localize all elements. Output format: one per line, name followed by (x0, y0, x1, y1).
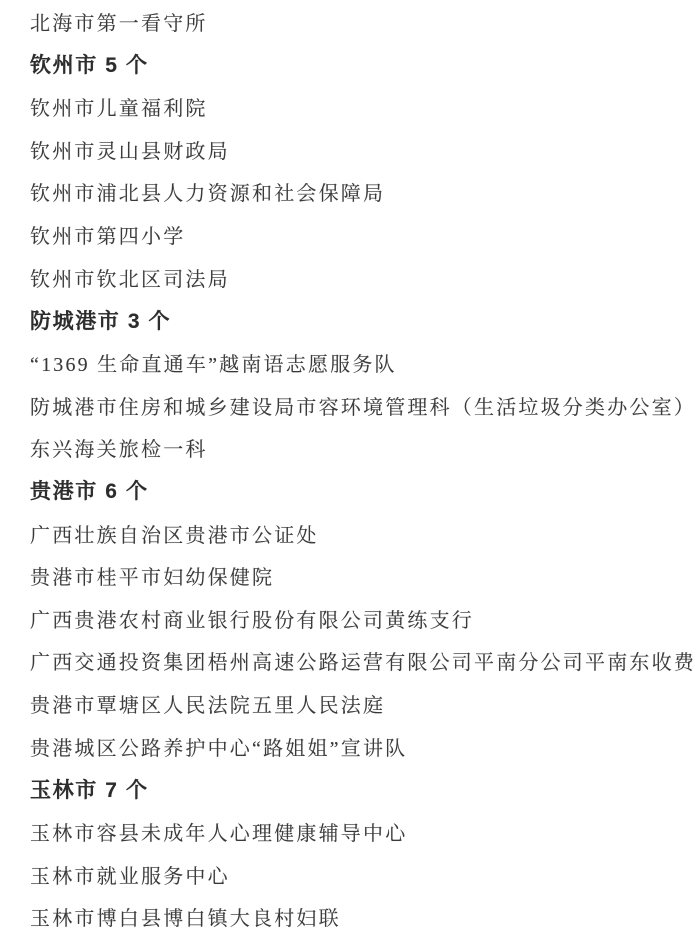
city-section-header-fangchenggang: 防城港市 3 个 (30, 298, 694, 341)
document-page: 北海市第一看守所 钦州市 5 个 钦州市儿童福利院 钦州市灵山县财政局 钦州市浦… (0, 0, 700, 939)
list-item: 防城港市住房和城乡建设局市容环境管理科（生活垃圾分类办公室） (30, 384, 694, 427)
list-item: 广西贵港农村商业银行股份有限公司黄练支行 (30, 597, 694, 640)
list-item: 贵港市覃塘区人民法院五里人民法庭 (30, 682, 694, 725)
list-item: 钦州市浦北县人力资源和社会保障局 (30, 171, 694, 214)
city-section-header-qinzhou: 钦州市 5 个 (30, 43, 694, 86)
list-item: 广西交通投资集团梧州高速公路运营有限公司平南分公司平南东收费站 (30, 640, 694, 683)
list-item: 贵港市桂平市妇幼保健院 (30, 554, 694, 597)
list-item: 北海市第一看守所 (30, 0, 694, 43)
city-section-header-yulin: 玉林市 7 个 (30, 768, 694, 811)
list-item: 玉林市就业服务中心 (30, 853, 694, 896)
city-section-header-guigang: 贵港市 6 个 (30, 469, 694, 512)
list-item: 钦州市第四小学 (30, 213, 694, 256)
list-item: 广西壮族自治区贵港市公证处 (30, 512, 694, 555)
list-item: 玉林市博白县博白镇大良村妇联 (30, 895, 694, 938)
list-item: 钦州市灵山县财政局 (30, 128, 694, 171)
list-item: “1369 生命直通车”越南语志愿服务队 (30, 341, 694, 384)
list-item: 贵港城区公路养护中心“路姐姐”宣讲队 (30, 725, 694, 768)
list-item: 东兴海关旅检一科 (30, 426, 694, 469)
list-item: 钦州市儿童福利院 (30, 85, 694, 128)
list-item: 玉林市容县未成年人心理健康辅导中心 (30, 810, 694, 853)
list-item: 钦州市钦北区司法局 (30, 256, 694, 299)
